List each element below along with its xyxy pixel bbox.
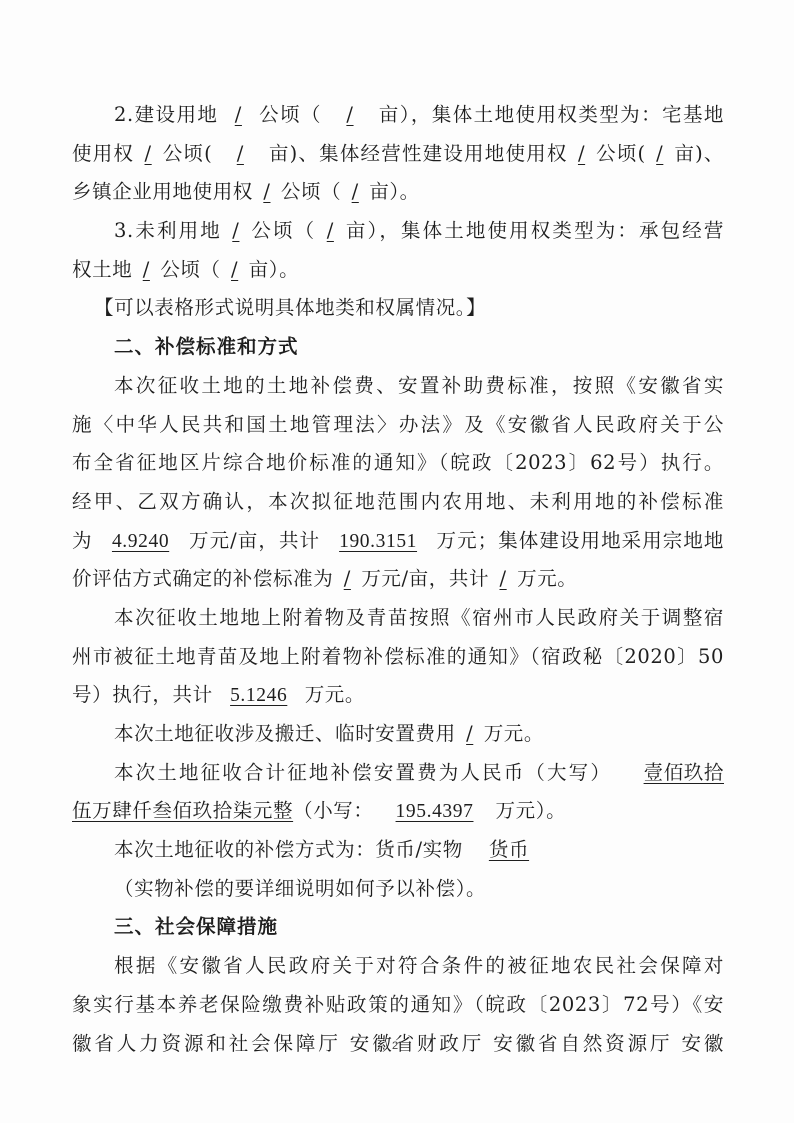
text: 公顷( xyxy=(162,142,212,165)
attachments-crops-line-3: 号）执行，共计5.1246万元。 xyxy=(72,676,724,715)
compensation-standard-line-6: 价评估方式确定的补偿标准为/万元/亩，共计/万元。 xyxy=(72,560,724,599)
text: 3.未利用地 xyxy=(114,219,222,242)
text: 万元/亩，共计 xyxy=(189,529,321,552)
text: 为 xyxy=(72,529,93,552)
blank-field: / xyxy=(489,560,517,599)
blank-field: / xyxy=(218,96,258,135)
text: 公顷( xyxy=(596,142,646,165)
text: 2.建设用地 xyxy=(114,103,218,126)
blank-field: / xyxy=(316,212,344,251)
text: 乡镇企业用地使用权 xyxy=(72,180,253,203)
blank-field: / xyxy=(333,560,361,599)
compensation-standard-line-4: 经甲、乙双方确认，本次拟征地范围内农用地、未利用地的补偿标准 xyxy=(72,483,724,522)
total-fee-line-1: 本次土地征收合计征地补偿安置费为人民币（大写）壹佰玖拾 xyxy=(72,754,724,793)
text: 公顷（ xyxy=(258,103,322,126)
text: 万元。 xyxy=(517,567,577,590)
paragraph-construction-land-line-2: 使用权/公顷(/亩)、集体经营性建设用地使用权/公顷(/亩)、 xyxy=(72,135,724,174)
compensation-standard-line-2: 施〈中华人民共和国土地管理法〉办法》及《安徽省人民政府关于公 xyxy=(72,406,724,445)
text: 亩），集体土地使用权类型为：宅基地 xyxy=(378,103,724,126)
document-page: 2.建设用地/公顷（/亩），集体土地使用权类型为：宅基地 使用权/公顷(/亩)、… xyxy=(0,0,794,1123)
text: 亩）。 xyxy=(369,180,420,203)
section-heading-compensation: 二、补偿标准和方式 xyxy=(72,328,724,367)
text: 权土地 xyxy=(72,258,132,281)
compensation-standard-line-3: 布全省征地区片综合地价标准的通知》（皖政〔2023〕62号）执行。 xyxy=(72,444,724,483)
compensation-standard-line-5: 为4.9240万元/亩，共计190.3151万元；集体建设用地采用宗地地 xyxy=(72,522,724,561)
relocation-fee-line: 本次土地征收涉及搬迁、临时安置费用/万元。 xyxy=(72,715,724,754)
social-security-line-1: 根据《安徽省人民政府关于对符合条件的被征地农民社会保障对 xyxy=(72,947,724,986)
blank-field: / xyxy=(253,173,281,212)
paragraph-construction-land-line-3: 乡镇企业用地使用权/公顷（/亩）。 xyxy=(72,173,724,212)
text: 万元；集体建设用地采用宗地地 xyxy=(436,529,724,552)
text: 本次土地征收的补偿方式为：货币/实物 xyxy=(114,838,463,861)
attachments-crops-line-2: 州市被征土地青苗及地上附着物补偿标准的通知》（宿政秘〔2020〕50 xyxy=(72,638,724,677)
rate-per-mu-value: 4.9240 xyxy=(93,523,189,562)
paragraph-construction-land-line-1: 2.建设用地/公顷（/亩），集体土地使用权类型为：宅基地 xyxy=(72,96,724,135)
paragraph-unused-land-line-2: 权土地/公顷（/亩）。 xyxy=(72,251,724,290)
text: 万元）。 xyxy=(496,799,567,822)
text: 公顷（ xyxy=(250,219,316,242)
total-fee-uppercase-part-2: 伍万肆仟叁佰玖拾柒元整 xyxy=(72,792,293,831)
page-number: 2 xyxy=(392,1040,398,1052)
blank-field: / xyxy=(134,135,162,174)
total-fee-uppercase-part-1: 壹佰玖拾 xyxy=(612,754,724,793)
blank-field: / xyxy=(222,212,250,251)
blank-field: / xyxy=(322,96,378,135)
blank-field: / xyxy=(341,173,369,212)
blank-field: / xyxy=(646,135,674,174)
blank-field: / xyxy=(132,251,160,290)
text: 公顷（ xyxy=(160,258,220,281)
text: 亩），集体土地使用权类型为：承包经营 xyxy=(344,219,724,242)
in-kind-note-line: （实物补偿的要详细说明如何予以补偿）。 xyxy=(72,870,724,909)
blank-field: / xyxy=(568,135,596,174)
note-table-hint: 【可以表格形式说明具体地类和权属情况。】 xyxy=(72,289,724,328)
document-body: 2.建设用地/公顷（/亩），集体土地使用权类型为：宅基地 使用权/公顷(/亩)、… xyxy=(72,96,724,1063)
text: 万元。 xyxy=(305,683,365,706)
text: 价评估方式确定的补偿标准为 xyxy=(72,567,333,590)
text: 本次土地征收涉及搬迁、临时安置费用 xyxy=(114,722,456,745)
section-heading-social-security: 三、社会保障措施 xyxy=(72,908,724,947)
text: 亩）。 xyxy=(249,258,300,281)
compensation-standard-line-1: 本次征收土地的土地补偿费、安置补助费标准，按照《安徽省实 xyxy=(72,367,724,406)
text: 使用权 xyxy=(72,142,134,165)
total-fee-line-2: 伍万肆仟叁佰玖拾柒元整（小写：195.4397万元）。 xyxy=(72,792,724,831)
total-compensation-value: 190.3151 xyxy=(320,523,436,562)
attachments-total-value: 5.1246 xyxy=(213,677,305,716)
text: 公顷（ xyxy=(281,180,341,203)
attachments-crops-line-1: 本次征收土地地上附着物及青苗按照《宿州市人民政府关于调整宿 xyxy=(72,599,724,638)
text: 本次土地征收合计征地补偿安置费为人民币（大写） xyxy=(114,761,612,784)
text: 亩)、 xyxy=(674,142,724,165)
blank-field: / xyxy=(221,251,249,290)
blank-field: / xyxy=(212,135,268,174)
text: 万元。 xyxy=(484,722,544,745)
paragraph-unused-land-line-1: 3.未利用地/公顷（/亩），集体土地使用权类型为：承包经营 xyxy=(72,212,724,251)
text: 万元/亩，共计 xyxy=(361,567,489,590)
total-fee-numeric-value: 195.4397 xyxy=(374,793,496,832)
text: 号）执行，共计 xyxy=(72,683,213,706)
social-security-line-2: 象实行基本养老保险缴费补贴政策的通知》（皖政〔2023〕72号）《安 xyxy=(72,986,724,1025)
compensation-method-value: 货币 xyxy=(463,831,708,870)
text: （小写： xyxy=(293,799,373,822)
compensation-method-line: 本次土地征收的补偿方式为：货币/实物货币 xyxy=(72,831,724,870)
text: 货币 xyxy=(463,838,529,861)
text: 亩)、集体经营性建设用地使用权 xyxy=(268,142,567,165)
blank-field: / xyxy=(456,715,484,754)
